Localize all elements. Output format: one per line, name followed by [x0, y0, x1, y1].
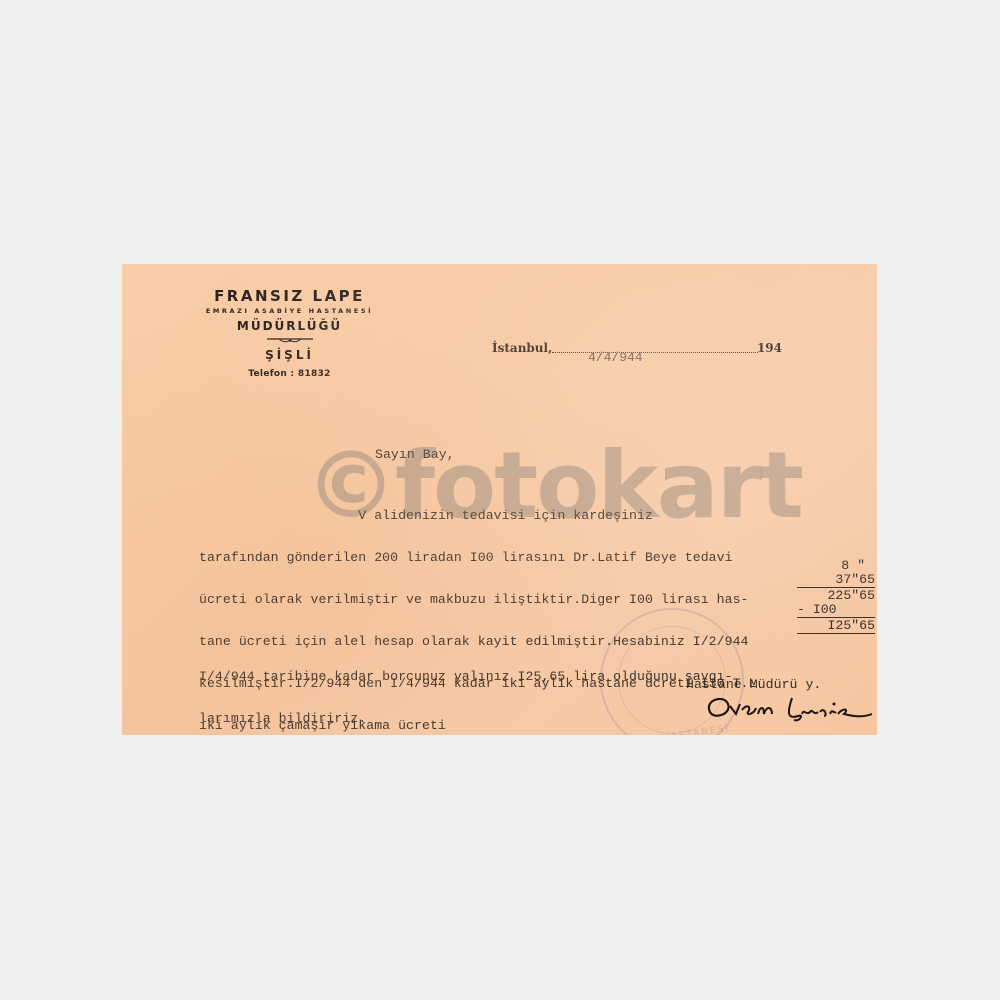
closing-line: larımızla bildiririz. [199, 712, 733, 726]
ledger-subtotal: 225"65 [828, 589, 875, 603]
closing: I/4/944 tarihine kadar borcunuz yalınız … [199, 642, 733, 735]
signature [702, 690, 877, 726]
letter-paper: FRANSIZ LAPE EMRAZI ASABİYE HASTANESİ MÜ… [122, 264, 877, 735]
ledger-advance: - I00 [797, 603, 875, 618]
closing-line: I/4/944 tarihine kadar borcunuz yalınız … [199, 670, 733, 684]
ledger-balance: I25"65 [797, 619, 875, 634]
ledger-medication: 37"65 [797, 573, 875, 588]
ledger-laundry: 8 " [841, 559, 865, 573]
